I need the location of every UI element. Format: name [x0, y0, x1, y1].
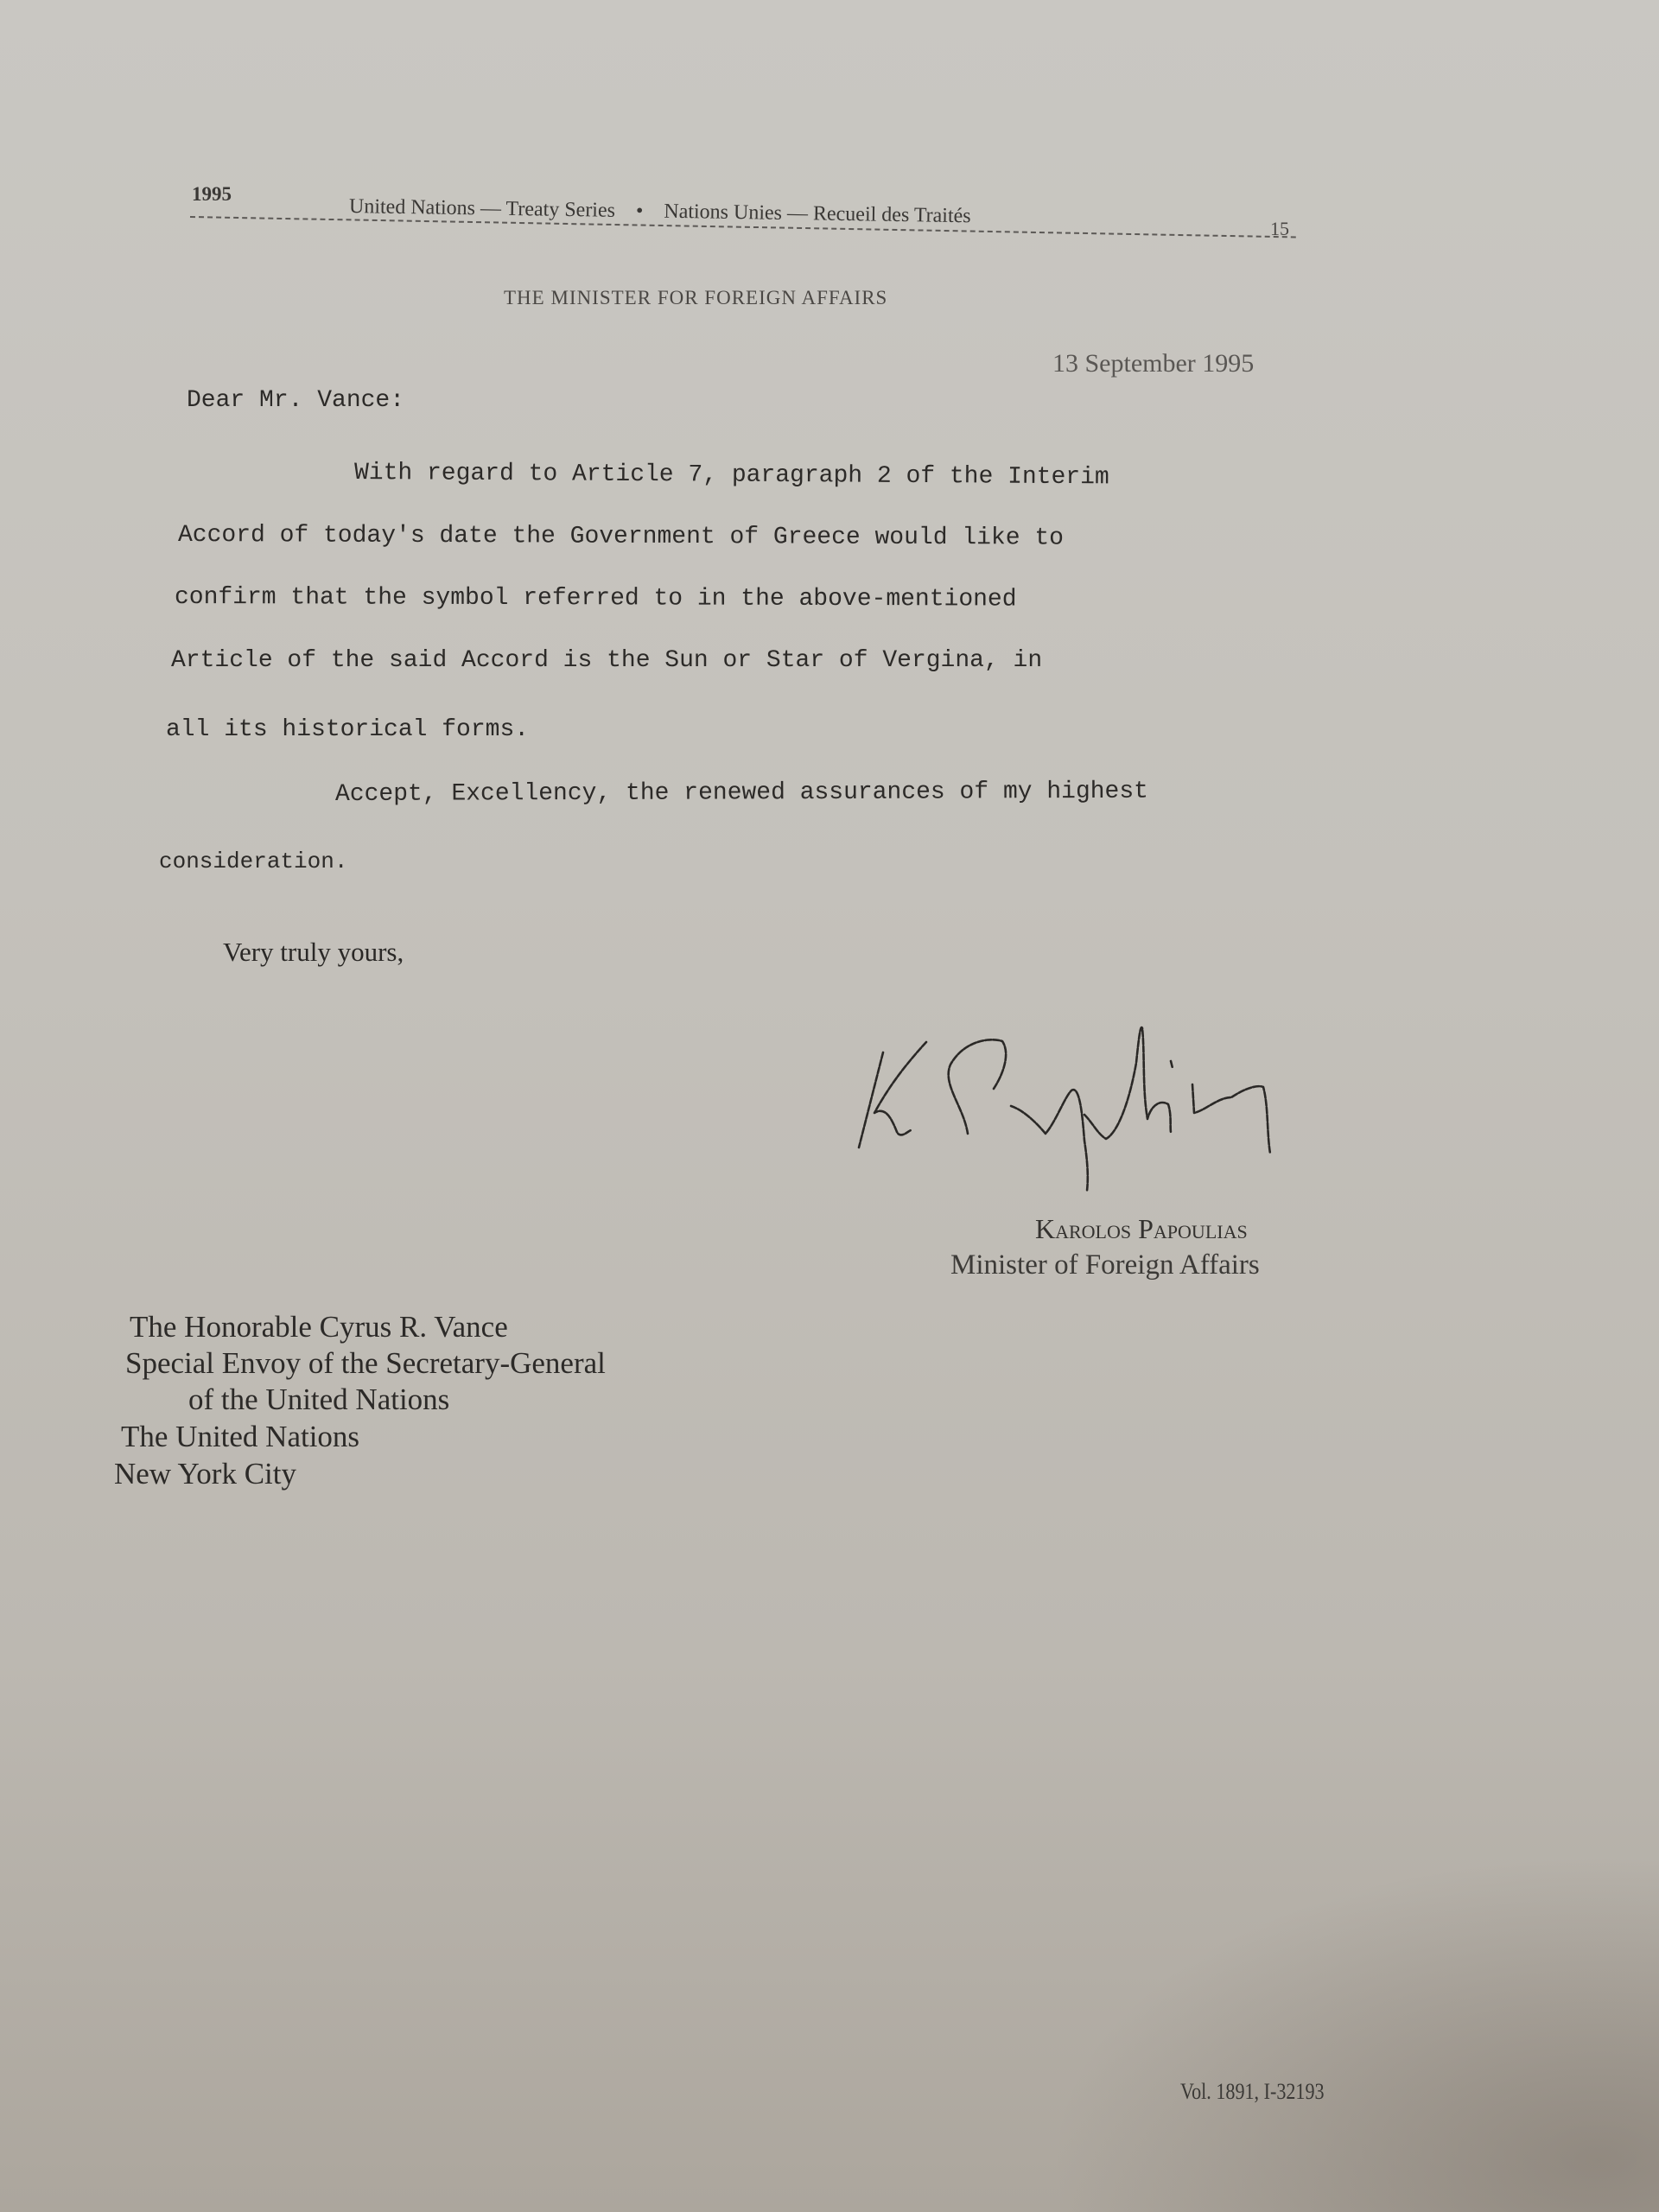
- addressee-line: New York City: [114, 1457, 296, 1491]
- addressee-line: The United Nations: [121, 1420, 359, 1454]
- volume-reference: Vol. 1891, I-32193: [1180, 2079, 1325, 2105]
- body-line: With regard to Article 7, paragraph 2 of…: [354, 460, 1109, 491]
- addressee-line: Special Envoy of the Secretary-General: [125, 1346, 606, 1381]
- letterhead: THE MINISTER FOR FOREIGN AFFAIRS: [504, 287, 887, 309]
- signatory-title: Minister of Foreign Affairs: [950, 1249, 1260, 1281]
- addressee-line: The Honorable Cyrus R. Vance: [130, 1310, 508, 1344]
- salutation: Dear Mr. Vance:: [187, 387, 404, 414]
- body-line: Article of the said Accord is the Sun or…: [171, 647, 1042, 674]
- letter-date: 13 September 1995: [1052, 349, 1254, 378]
- running-header-year: 1995: [192, 183, 232, 206]
- series-title-en: United Nations — Treaty Series: [349, 195, 615, 222]
- signature-icon: [838, 1002, 1357, 1201]
- series-title-fr: Nations Unies — Recueil des Traités: [664, 200, 971, 228]
- addressee-line: of the United Nations: [188, 1382, 449, 1417]
- closing: Very truly yours,: [223, 937, 404, 968]
- running-header-title: United Nations — Treaty Series • Nations…: [349, 195, 971, 228]
- body-line: Accept, Excellency, the renewed assuranc…: [335, 779, 1148, 808]
- body-line: all its historical forms.: [166, 716, 529, 743]
- body-line: confirm that the symbol referred to in t…: [175, 584, 1017, 613]
- signatory-name: Karolos Papoulias: [1035, 1213, 1248, 1245]
- bullet-separator: •: [636, 200, 644, 222]
- body-line: Accord of today's date the Government of…: [178, 522, 1064, 552]
- body-line: consideration.: [159, 849, 347, 874]
